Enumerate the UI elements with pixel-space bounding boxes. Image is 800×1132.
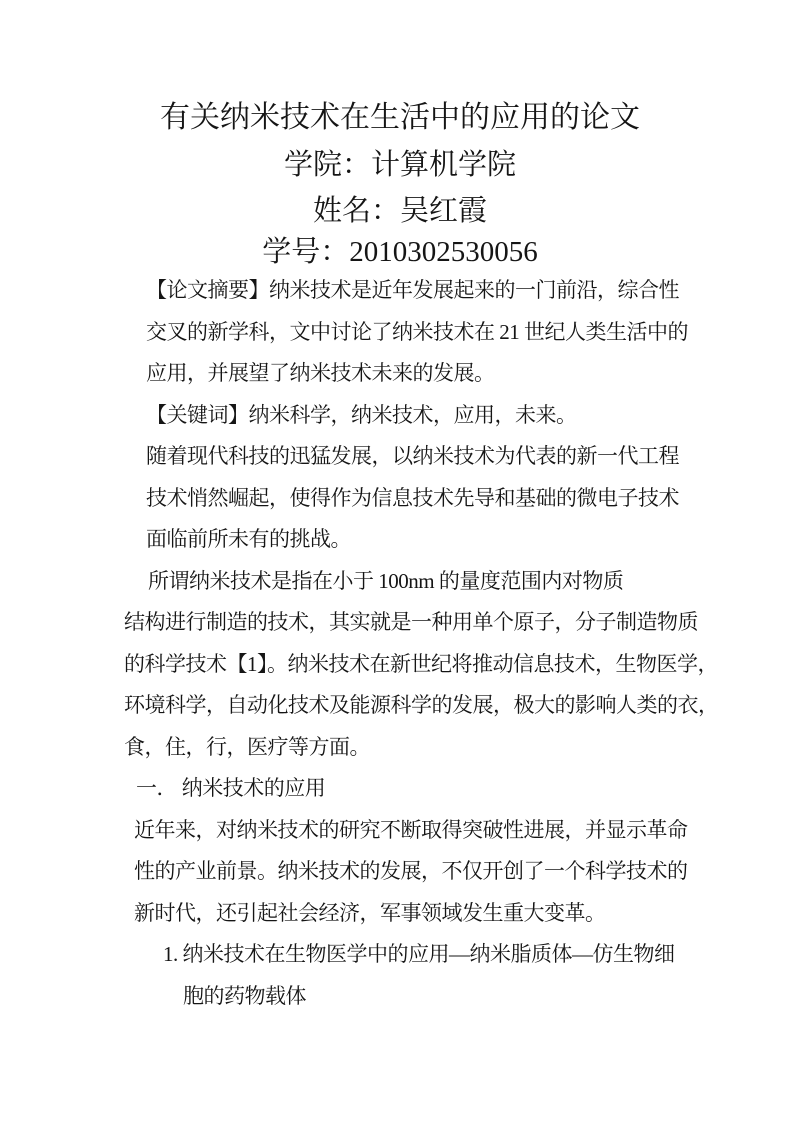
document-text-line: 的科学技术【1】。纳米技术在新世纪将推动信息技术，生物医学， — [124, 654, 718, 675]
document-text-line: 食，住，行，医疗等方面。 — [124, 737, 370, 758]
document-page: 有关纳米技术在生活中的应用的论文 学院：计算机学院 姓名：吴红霞 学号：2010… — [0, 0, 800, 1132]
document-text-line: 交叉的新学科，文中讨论了纳米技术在 21 世纪人类生活中的 — [146, 322, 688, 343]
document-title: 有关纳米技术在生活中的应用的论文 — [0, 103, 800, 133]
document-text-line: 应用，并展望了纳米技术未来的发展。 — [146, 363, 495, 384]
section-heading-line: 一． 纳米技术的应用 — [136, 778, 325, 799]
document-text-line: 【关键词】纳米科学，纳米技术，应用，未来。 — [146, 405, 577, 426]
document-text-line: 【论文摘要】纳米技术是近年发展起来的一门前沿，综合性 — [146, 280, 679, 301]
document-text-line: 技术悄然崛起，使得作为信息技术先导和基础的微电子技术 — [146, 488, 679, 509]
document-text-line: 环境科学，自动化技术及能源科学的发展，极大的影响人类的衣， — [124, 695, 719, 716]
student-id-line: 学号：2010302530056 — [0, 238, 800, 267]
document-text-line: 新时代，还引起社会经济，军事领域发生重大变革。 — [134, 903, 606, 924]
document-text-line: 随着现代科技的迅猛发展，以纳米技术为代表的新一代工程 — [146, 446, 679, 467]
document-text-line: 性的产业前景。纳米技术的发展，不仅开创了一个科学技术的 — [134, 861, 688, 882]
numbered-item-line: 1. 纳米技术在生物医学中的应用—纳米脂质体—仿生物细 — [163, 944, 675, 965]
numbered-item-line: 胞的药物载体 — [183, 986, 306, 1007]
document-text-line: 近年来，对纳米技术的研究不断取得突破性进展，并显示革命 — [134, 820, 688, 841]
document-text-line: 所谓纳米技术是指在小于 100nm 的量度范围内对物质 — [148, 571, 623, 592]
document-text-line: 面临前所未有的挑战。 — [146, 529, 351, 550]
college-line: 学院：计算机学院 — [0, 151, 800, 180]
document-text-line: 结构进行制造的技术，其实就是一种用单个原子，分子制造物质 — [124, 612, 698, 633]
author-name-line: 姓名：吴红霞 — [0, 197, 800, 226]
